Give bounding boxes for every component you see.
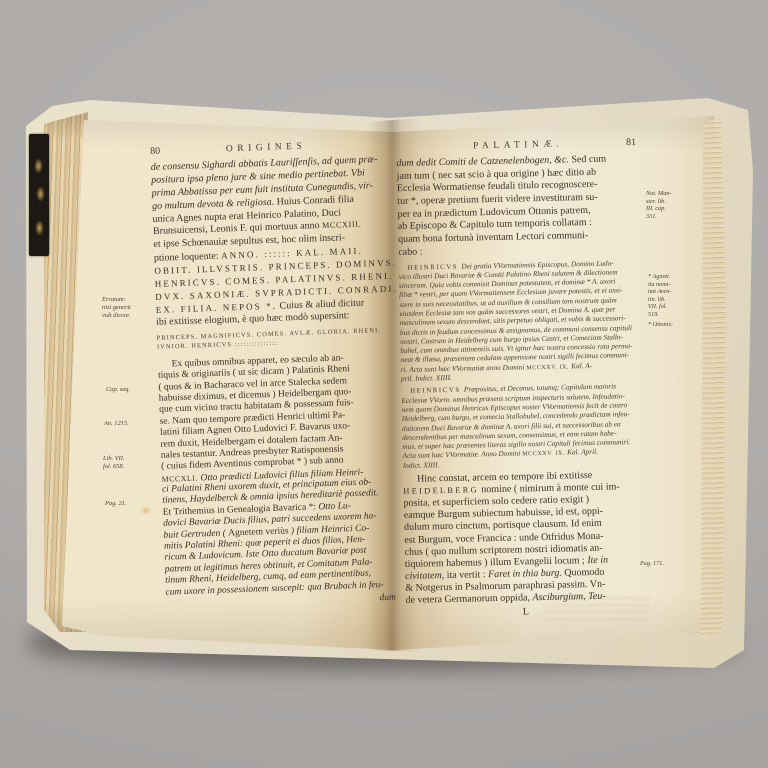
charter-block-2: HEINRICVS Præpositus, et Decanus, totumq… [401,381,643,470]
margin-note-agneti: * Agneti.ita nomi-nat Aven-tin. lib.VII.… [648,273,700,319]
right-text-conclusion: Hinc constat, arcem eo tempore ibi extit… [403,469,646,607]
left-text-section-bottom: Ex quibus omnibus apparet, eo sæculo ab … [157,351,401,598]
text-line: 519. [648,311,700,319]
text-line: III. cap. [646,205,698,213]
margin-note-an-1215: An. 1215. [104,420,156,428]
text-line: nat Aven- [648,288,700,296]
text-line: Pag. 21. [105,500,157,508]
text-line: ster. lib. [646,198,698,206]
text-line: 331. [646,213,698,221]
text-line: Pag. 171. [640,560,692,568]
text-line: Not. Mun- [646,190,698,198]
text-line: Lib. VII. [103,455,155,463]
margin-note-pag-171: Pag. 171. [640,560,692,568]
charter-block-1: HEINRICVS Dei gratia VVormatiensis Episc… [399,257,641,383]
text-line: fol. 658. [103,463,155,471]
text-line: vult dicere. [102,312,154,320]
right-text-intro: dum dedit Comiti de Catzenelenbogen, &c.… [396,153,638,260]
text-line: * Ottonis: [648,321,700,329]
text-line: An. 1215. [104,420,156,428]
margin-note-munster: Not. Mun-ster. lib.III. cap.331. [646,190,698,220]
text-line: Erratum: [102,296,154,304]
gilt-ornament [35,220,44,236]
left-page-number: 80 [150,146,160,157]
text-line: nisi generū [102,304,154,312]
gilt-ornament [34,158,43,174]
margin-note-pag-21: Pag. 21. [105,500,157,508]
left-running-header: ORIGINES [226,142,307,155]
gilt-ornament [36,186,45,202]
text-line: * Agneti. [648,273,700,281]
right-text-column: PALATINÆ. 81 dum dedit Comiti de Catzene… [396,137,646,620]
margin-note-lib-fol: Lib. VII.fol. 658. [103,455,155,471]
text-line: tin. lib. [648,296,700,304]
left-smallcaps-elogium: PRINCEPS. MAGNIFICVS. COMES. AVLÆ. GLORI… [157,325,394,352]
margin-note-cap-seq: Cap. seq. [106,386,158,394]
margin-note-erratum: Erratum:nisi generūvult dicere. [102,296,154,319]
margin-note-ottonis: * Ottonis: [648,321,700,329]
right-page-number: 81 [626,137,636,148]
right-running-header: PALATINÆ. [473,140,563,152]
left-text-section-top: de consensu Sighardi abbatis Lauriſſenſi… [151,154,393,330]
text-line: ita nomi- [648,281,700,289]
text-line: VII. fol. [648,303,700,311]
left-text-column: 80 ORIGINES de consensu Sighardi abbatis… [150,138,402,611]
text-line: Cap. seq. [106,386,158,394]
